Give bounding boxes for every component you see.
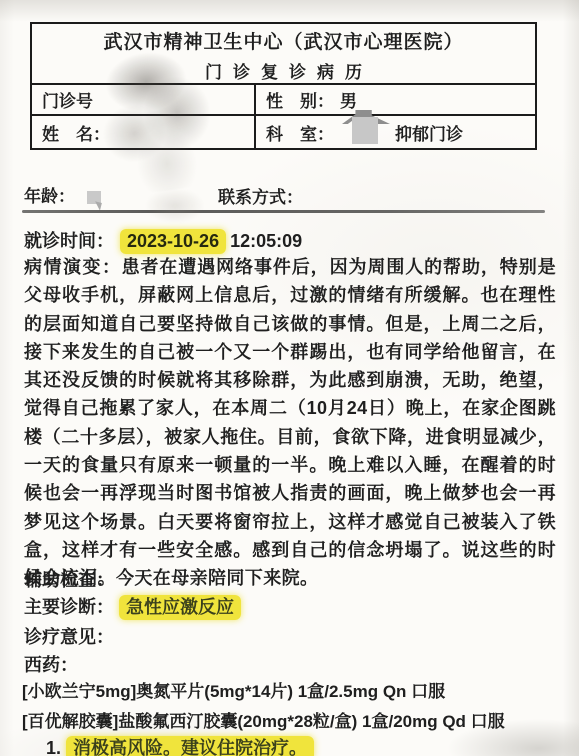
treatment-advice-label: 诊疗意见： bbox=[24, 623, 114, 649]
visit-time-value: 12:05:09 bbox=[230, 231, 302, 251]
header-row-1: 门诊号 性 别：男 bbox=[32, 83, 535, 114]
record-type-title: 门诊复诊病历 bbox=[32, 57, 535, 83]
visit-date-highlight: 2023-10-26 bbox=[120, 229, 226, 254]
aux-exam-label: 辅助检查： bbox=[24, 566, 114, 592]
department-label: 科 室： bbox=[266, 120, 334, 145]
visit-time-line: 就诊时间：2023-10-2612:05:09 bbox=[24, 227, 302, 253]
advice-line: 1.消极高风险。建议住院治疗。 bbox=[46, 734, 314, 756]
diagnosis-label: 主要诊断： bbox=[24, 597, 114, 617]
age-redaction-mark bbox=[87, 191, 101, 204]
medication-line: [百优解胶囊]盐酸氟西汀胶囊(20mg*28粒/盒) 1盒/20mg Qd 口服 bbox=[22, 707, 505, 732]
visit-time-label: 就诊时间： bbox=[24, 231, 114, 251]
medical-record-page: 武汉市精神卫生中心（武汉市心理医院） 门诊复诊病历 门诊号 性 别：男 姓 名：… bbox=[0, 0, 579, 756]
diagnosis-line: 主要诊断： 急性应激反应 bbox=[24, 593, 241, 619]
western-medicine-label: 西药： bbox=[24, 651, 78, 677]
age-line: 年龄： bbox=[24, 182, 101, 207]
gender-label: 性 别： bbox=[266, 87, 334, 112]
divider-line bbox=[22, 210, 545, 213]
name-label: 姓 名： bbox=[42, 120, 110, 145]
department-redaction-mark bbox=[342, 119, 392, 145]
advice-text-highlight: 消极高风险。建议住院治疗。 bbox=[66, 736, 314, 756]
header-row-2: 姓 名： 科 室： 抑郁门诊 bbox=[32, 114, 535, 148]
advice-number: 1. bbox=[46, 738, 61, 756]
header-table: 武汉市精神卫生中心（武汉市心理医院） 门诊复诊病历 门诊号 性 别：男 姓 名：… bbox=[30, 22, 537, 150]
course-label: 病情演变： bbox=[24, 257, 122, 277]
name-cell: 姓 名： bbox=[32, 116, 254, 148]
hospital-title: 武汉市精神卫生中心（武汉市心理医院） bbox=[32, 24, 535, 57]
gender-cell: 性 别：男 bbox=[254, 85, 535, 114]
outpatient-no-label: 门诊号 bbox=[42, 87, 93, 112]
gender-value: 男 bbox=[340, 87, 357, 112]
contact-label: 联系方式： bbox=[218, 183, 303, 208]
age-label: 年龄： bbox=[24, 187, 75, 206]
course-text: 患者在遭遇网络事件后，因为周围人的帮助，特别是父母收手机，屏蔽网上信息后，过激的… bbox=[24, 257, 556, 588]
redaction-shape-light bbox=[352, 117, 378, 144]
outpatient-no-cell: 门诊号 bbox=[32, 85, 254, 114]
department-cell: 科 室： 抑郁门诊 bbox=[254, 116, 535, 148]
department-value: 抑郁门诊 bbox=[395, 120, 463, 145]
diagnosis-value-highlight: 急性应激反应 bbox=[119, 595, 241, 620]
medication-line: [小欧兰宁5mg]奥氮平片(5mg*14片) 1盒/2.5mg Qn 口服 bbox=[22, 677, 445, 702]
course-paragraph: 病情演变：患者在遭遇网络事件后，因为周围人的帮助，特别是父母收手机，屏蔽网上信息… bbox=[24, 253, 556, 593]
